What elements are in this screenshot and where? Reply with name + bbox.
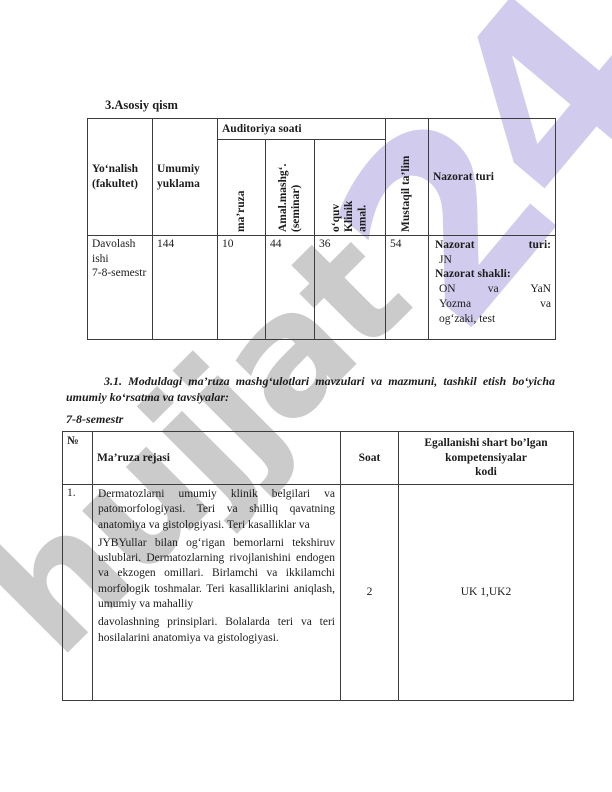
semester-label: 7-8-semestr (66, 412, 123, 427)
section-heading: 3.Asosiy qism (105, 98, 178, 113)
header-soat: Soat (341, 432, 399, 485)
cell-klinik: 36 (315, 236, 386, 340)
header-amal-mashg: Amal.mashgʻ. (seminar) (266, 140, 315, 236)
lecture-table-row: 1. Dermatozlarni umumiy klinik belgilari… (63, 485, 574, 701)
load-table: Yoʻnalish (fakultet) Umumiy yuklama Audi… (87, 118, 556, 340)
header-mustaqil-talim: Mustaqil ta’lim (386, 119, 429, 236)
cell-nazorat: Nazorat turi: JN Nazorat shakli: ON va Y… (429, 236, 556, 340)
cell-mustaqil: 54 (386, 236, 429, 340)
cell-amal: 44 (266, 236, 315, 340)
page-content: 3.Asosiy qism Yoʻnalish (fakultet) Umumi… (0, 0, 612, 792)
header-kompetensiyalar-kodi: Egallanishi shart bo’lgan kompetensiyala… (399, 432, 574, 485)
lecture-table: № Ma’ruza rejasi Soat Egallanishi shart … (62, 431, 574, 701)
header-maruza-rejasi: Ma’ruza rejasi (93, 432, 341, 485)
cell-kodi: UK 1,UK2 (399, 485, 574, 701)
cell-soat: 2 (341, 485, 399, 701)
cell-topic: Dermatozlarni umumiy klinik belgilari va… (93, 485, 341, 701)
load-table-row: Davolash ishi 7-8-semestr 144 10 44 36 5… (88, 236, 556, 340)
header-auditoriya-soati: Auditoriya soati (218, 119, 386, 140)
header-klinik-oquv: Klinik oʻquv amal. (315, 140, 386, 236)
header-num: № (63, 432, 93, 485)
header-umumiy-yuklama: Umumiy yuklama (153, 119, 218, 236)
cell-umumiy: 144 (153, 236, 218, 340)
cell-fakultet: Davolash ishi 7-8-semestr (88, 236, 153, 340)
document-page: hujjat 24 3.Asosiy qism Yoʻnalish (fakul… (0, 0, 612, 792)
header-yonalish: Yoʻnalish (fakultet) (88, 119, 153, 236)
cell-maruza: 10 (218, 236, 266, 340)
section-3-1-paragraph: 3.1. Moduldagi ma’ruza mashgʻulotlari ma… (66, 374, 555, 405)
header-maruza: ma’ruza (218, 140, 266, 236)
cell-row-num: 1. (63, 485, 93, 701)
header-nazorat-turi: Nazorat turi (429, 119, 556, 236)
